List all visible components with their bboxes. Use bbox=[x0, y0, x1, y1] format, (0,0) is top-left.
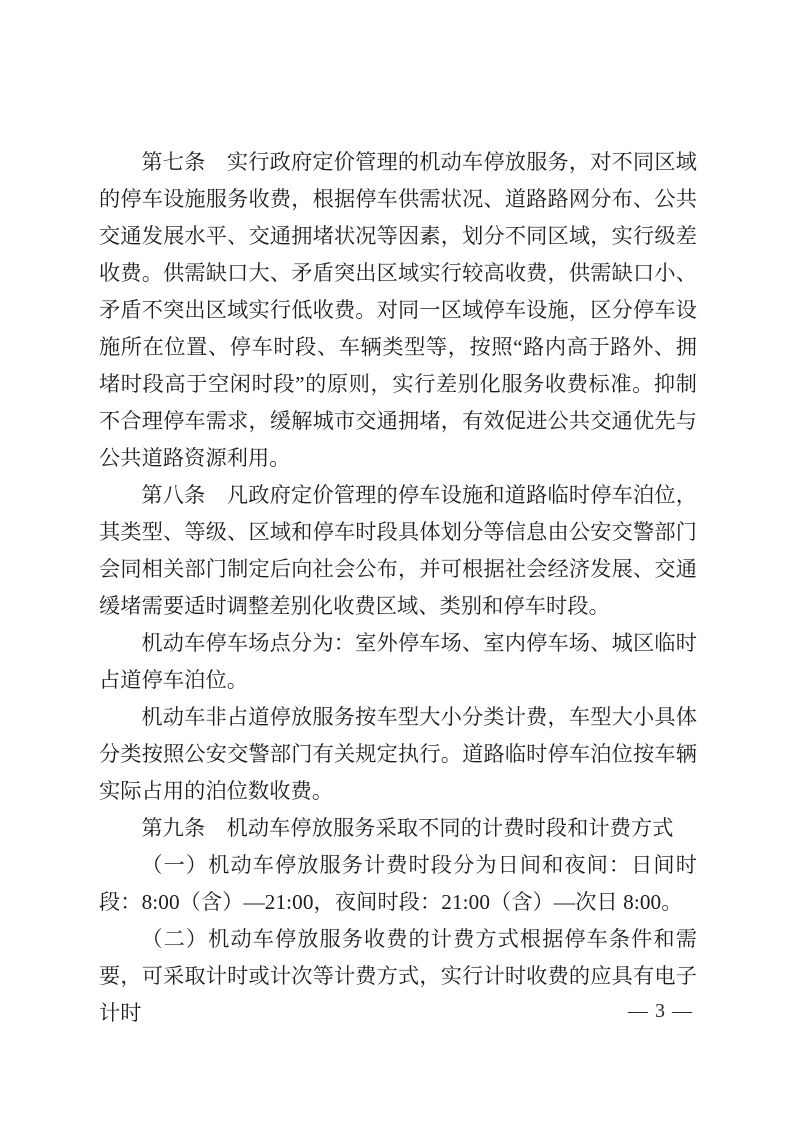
document-page: 第七条 实行政府定价管理的机动车停放服务，对不同区域的停车设施服务收费，根据停车… bbox=[0, 0, 793, 1122]
paragraph-parking-site-types: 机动车停车场点分为：室外停车场、室内停车场、城区临时占道停车泊位。 bbox=[99, 625, 697, 699]
paragraph-article-8: 第八条 凡政府定价管理的停车设施和道路临时停车泊位，其类型、等级、区域和停车时段… bbox=[99, 477, 697, 625]
paragraph-article-9-item-2: （二）机动车停放服务收费的计费方式根据停车条件和需要，可采取计时或计次等计费方式… bbox=[99, 921, 697, 1032]
page-number: — 3 — bbox=[628, 996, 693, 1026]
document-body: 第七条 实行政府定价管理的机动车停放服务，对不同区域的停车设施服务收费，根据停车… bbox=[99, 144, 697, 1032]
paragraph-vehicle-class-billing: 机动车非占道停放服务按车型大小分类计费，车型大小具体分类按照公安交警部门有关规定… bbox=[99, 699, 697, 810]
paragraph-article-9-item-1: （一）机动车停放服务计费时段分为日间和夜间：日间时段：8:00（含）—21:00… bbox=[99, 847, 697, 921]
paragraph-article-7: 第七条 实行政府定价管理的机动车停放服务，对不同区域的停车设施服务收费，根据停车… bbox=[99, 144, 697, 477]
paragraph-article-9: 第九条 机动车停放服务采取不同的计费时段和计费方式 bbox=[99, 810, 697, 847]
